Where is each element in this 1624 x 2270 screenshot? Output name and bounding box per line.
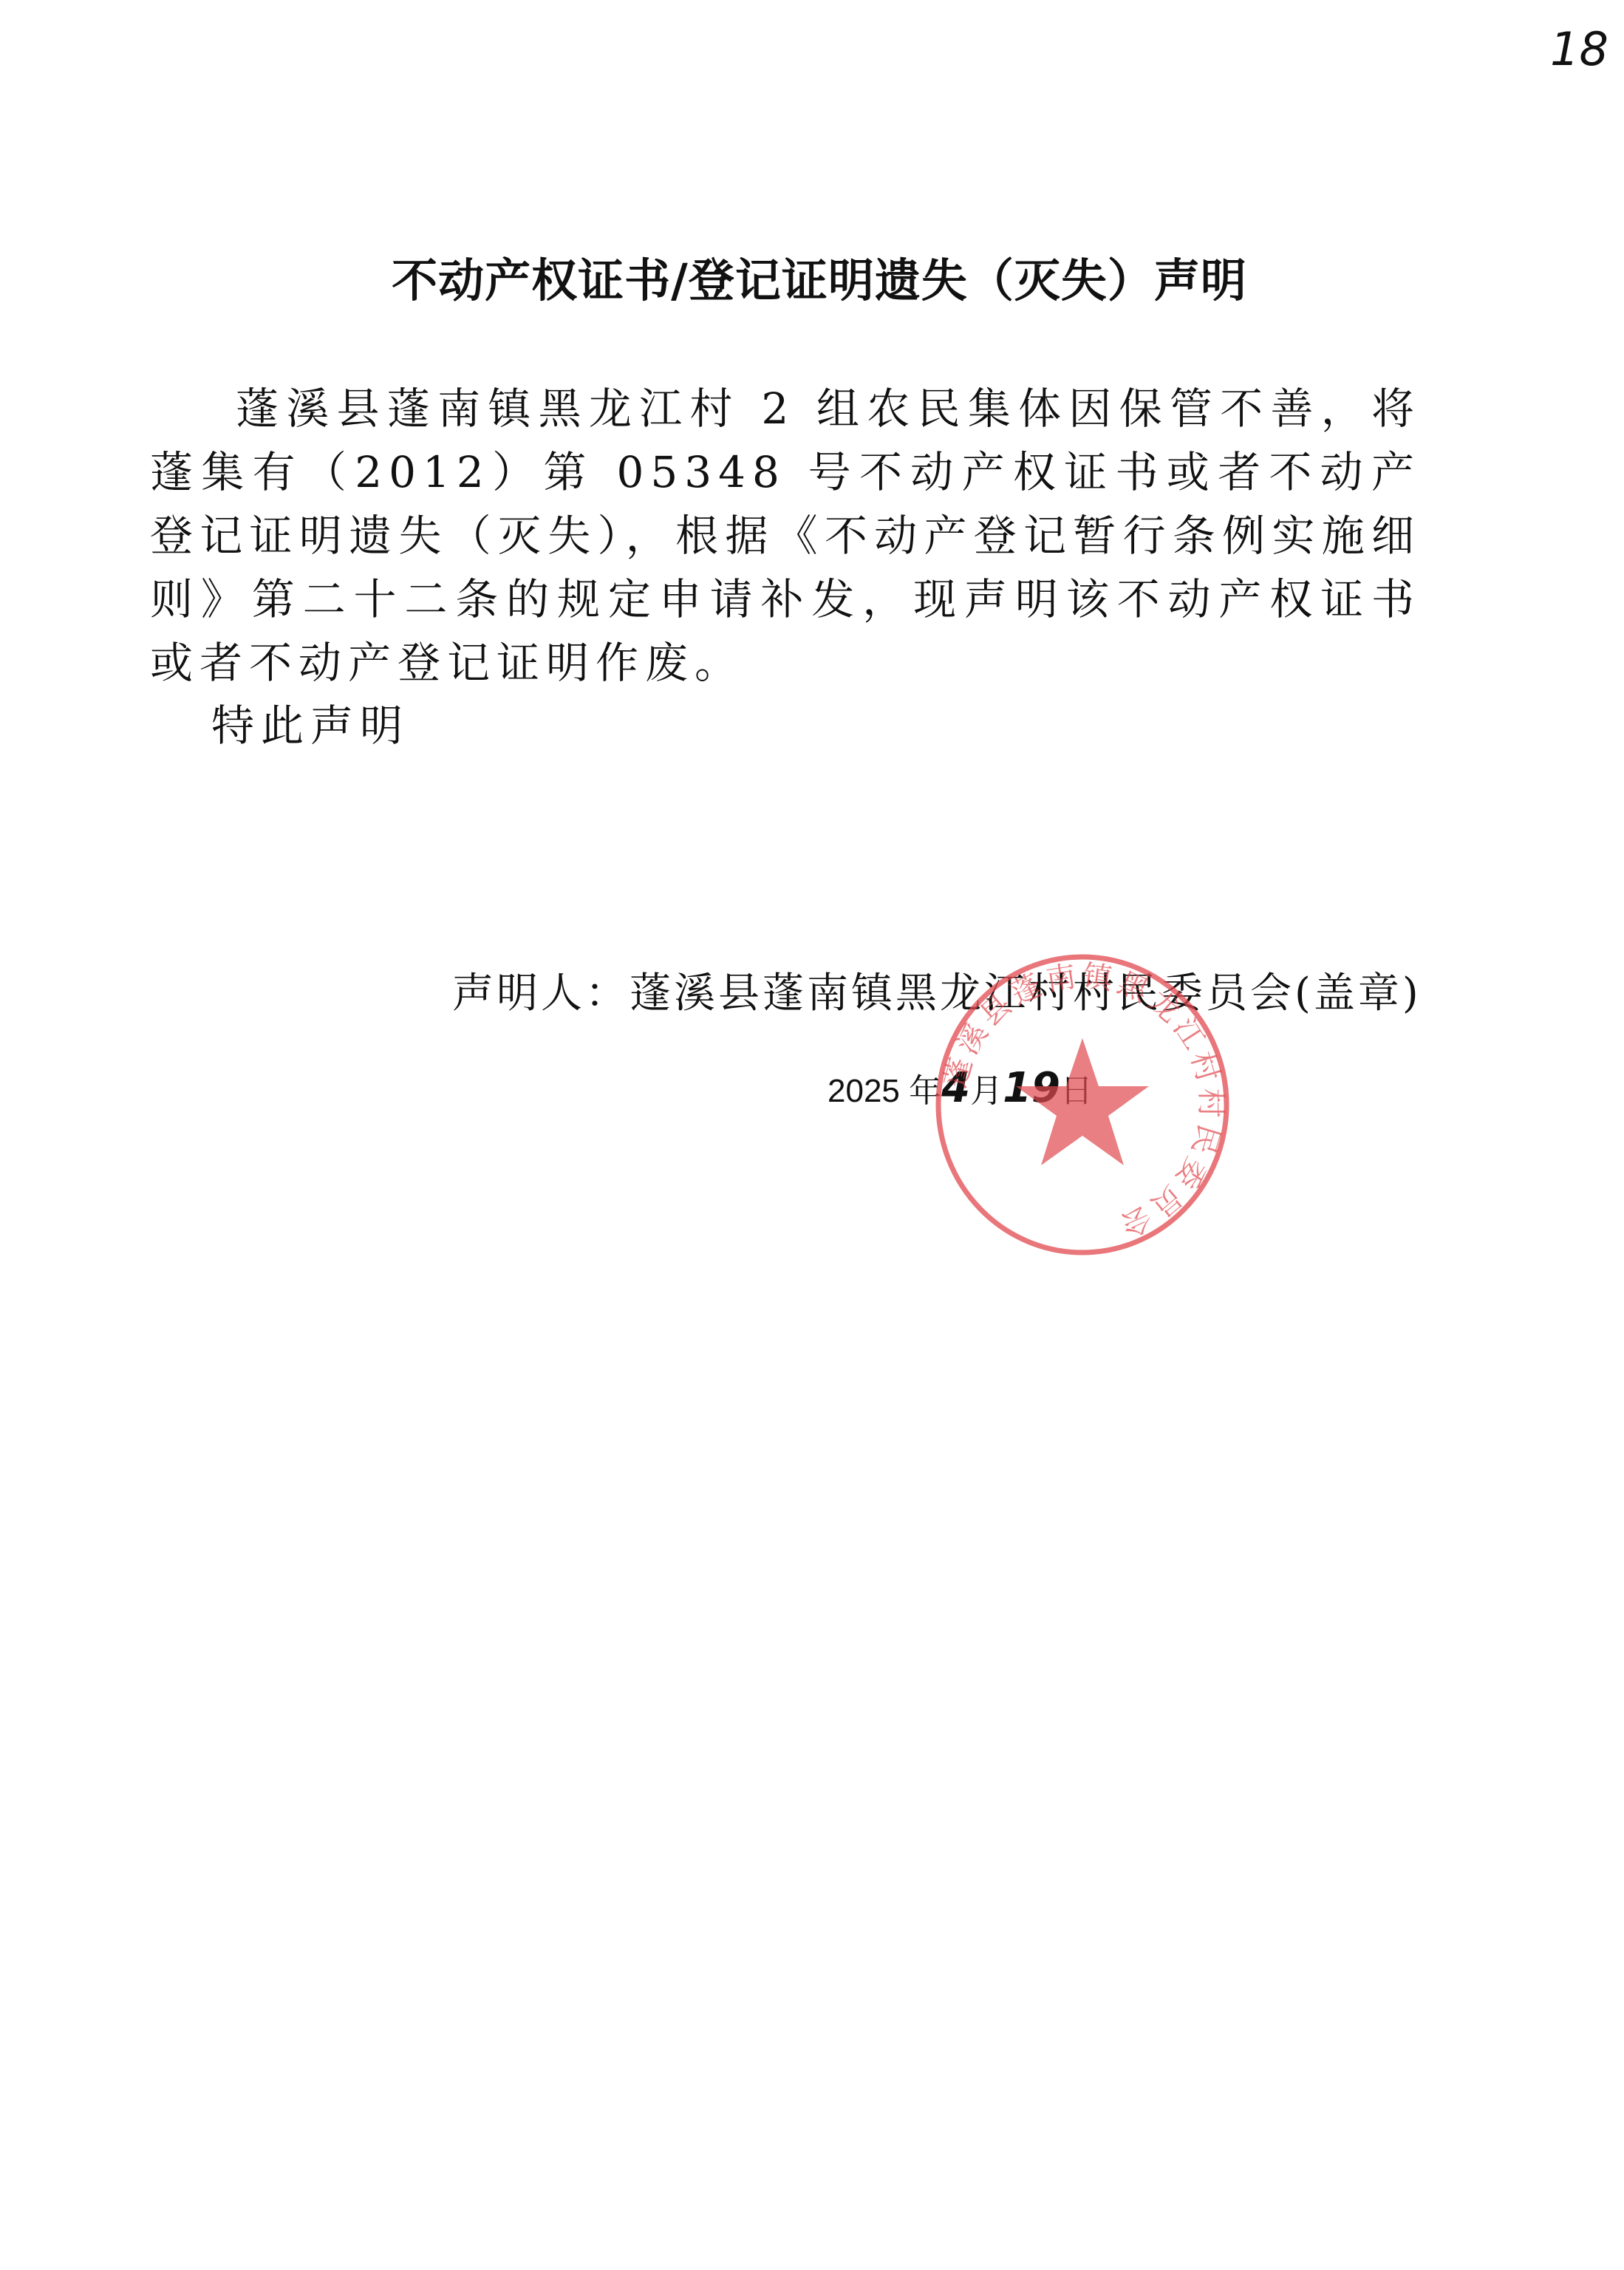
document-title: 不动产权证书/登记证明遗失（灭失）声明 [0, 244, 1624, 310]
declaration-paragraph: 蓬溪县蓬南镇黑龙江村 2 组农民集体因保管不善，将蓬集有（2012）第 0534… [150, 377, 1421, 695]
declaration-body: 蓬溪县蓬南镇黑龙江村 2 组农民集体因保管不善，将蓬集有（2012）第 0534… [150, 377, 1421, 695]
date-year: 2025 [828, 1073, 900, 1109]
page-number: 18 [1550, 22, 1608, 76]
official-seal-stamp: 蓬溪县蓬南镇黑龙江村村民委员会 [927, 950, 1238, 1260]
closing-statement: 特此声明 [211, 691, 409, 753]
star-icon [1016, 1038, 1149, 1165]
